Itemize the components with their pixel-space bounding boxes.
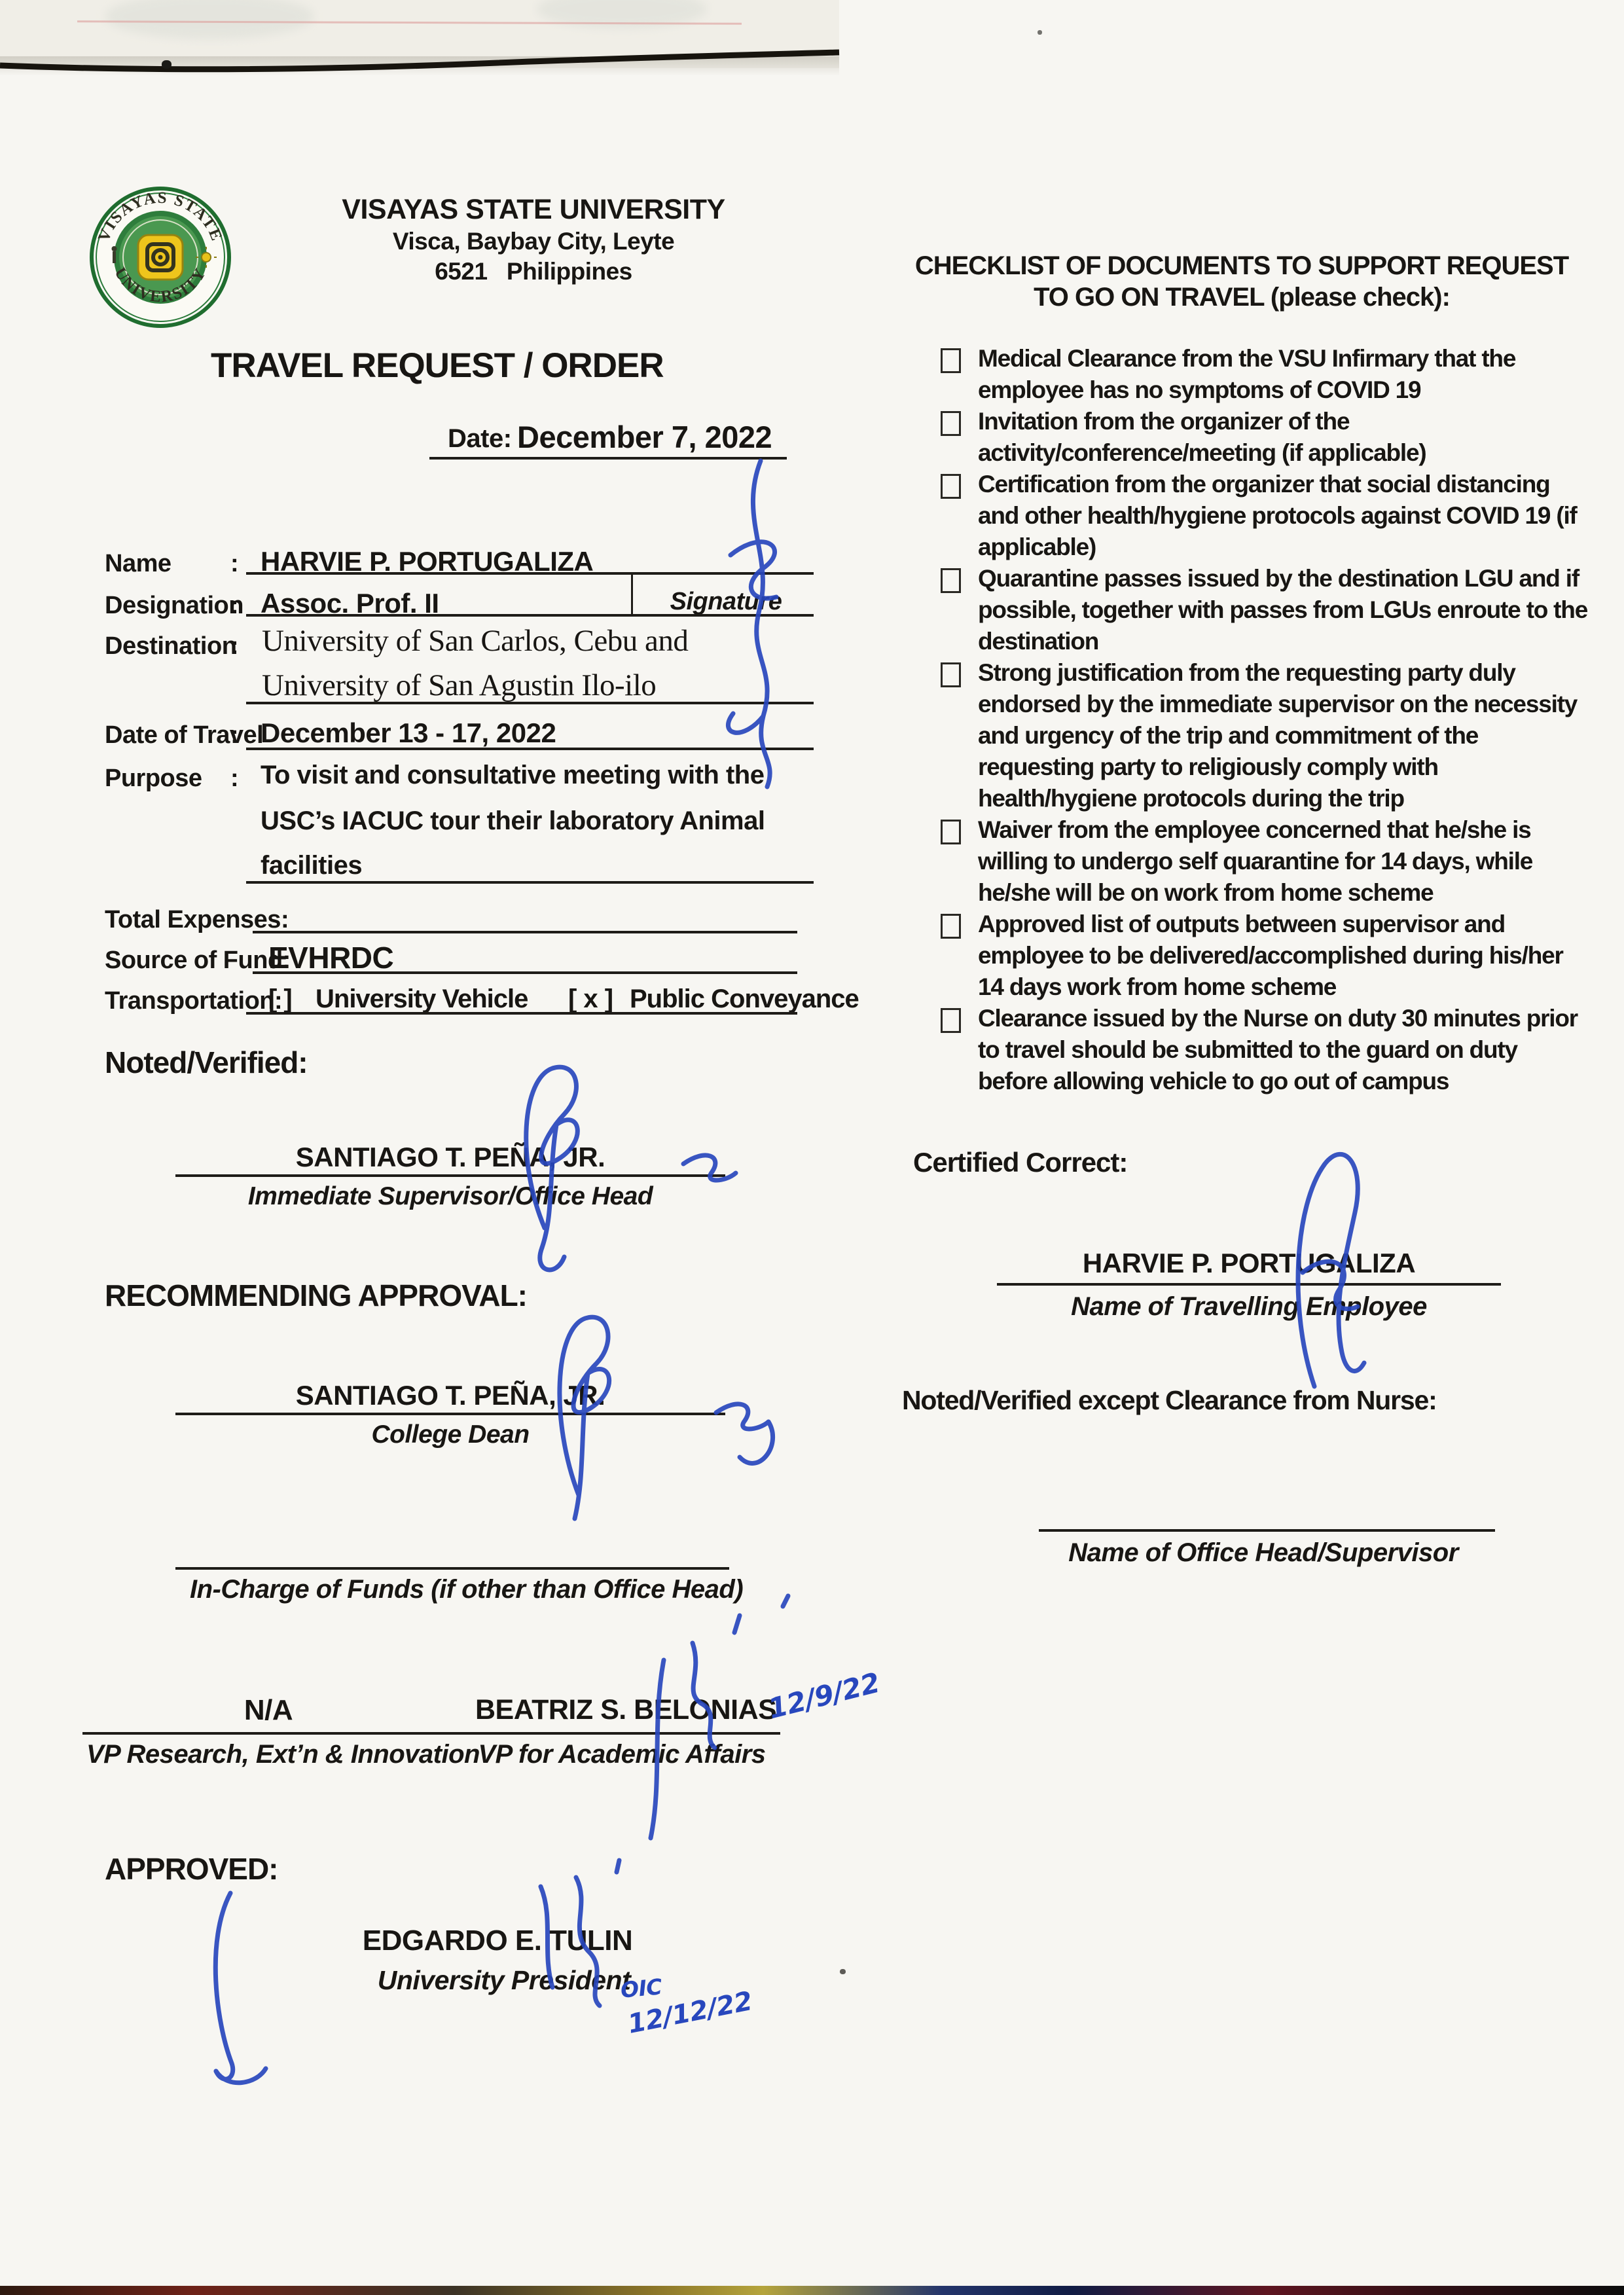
- signature-cell-divider: [631, 572, 633, 615]
- vp-right-title: VP for Academic Affairs: [478, 1740, 766, 1769]
- source-of-fund-label: Source of Fund:: [105, 947, 291, 974]
- vsu-seal-logo: VISAYAS STATE UNIVERSITY: [89, 186, 232, 329]
- designation-colon: :: [230, 592, 238, 620]
- signature-santiago-2: [560, 1317, 773, 1519]
- total-expenses-underline: [253, 931, 797, 933]
- checkbox-icon[interactable]: [941, 348, 961, 373]
- date-of-travel-label: Date of Travel: [105, 721, 263, 749]
- scanned-travel-request-document: { "header": { "university": "VISAYAS STA…: [0, 0, 1624, 2295]
- name-underline: [246, 572, 814, 575]
- university-address: Visca, Baybay City, Leyte: [262, 228, 805, 255]
- certified-correct-name: HARVIE P. PORTUGALIZA: [1046, 1248, 1452, 1279]
- transportation-option2-box[interactable]: [ x ]: [568, 985, 613, 1014]
- checklist-item: Certification from the organizer that so…: [941, 469, 1589, 563]
- bleedthrough-smudge: [105, 0, 314, 39]
- checkbox-icon[interactable]: [941, 1008, 961, 1033]
- signature-label: Signature: [638, 588, 814, 616]
- checkbox-icon[interactable]: [941, 411, 961, 436]
- checklist-item-text: Medical Clearance from the VSU Infirmary…: [978, 343, 1589, 406]
- noted-except-nurse-underline: [1039, 1529, 1495, 1532]
- source-of-fund-underline: [253, 971, 797, 974]
- checklist-item: Waiver from the employee concerned that …: [941, 814, 1589, 909]
- designation-label: Designation: [105, 592, 244, 619]
- recommending-name: SANTIAGO T. PEÑA, JR.: [221, 1380, 679, 1411]
- vp-right-name: BEATRIZ S. BELONIAS: [475, 1694, 770, 1726]
- page-edge-shadow: [0, 56, 839, 76]
- vp-left-title: VP Research, Ext’n & Innovation: [86, 1740, 480, 1769]
- checklist-item: Medical Clearance from the VSU Infirmary…: [941, 343, 1589, 406]
- approved-title: University President: [353, 1965, 655, 1996]
- in-charge-of-funds-title: In-Charge of Funds (if other than Office…: [190, 1575, 713, 1604]
- checklist-item-text: Clearance issued by the Nurse on duty 30…: [978, 1003, 1589, 1097]
- checklist-item: Clearance issued by the Nurse on duty 30…: [941, 1003, 1589, 1097]
- checklist-item-text: Waiver from the employee concerned that …: [978, 814, 1589, 909]
- source-of-fund-value: EVHRDC: [268, 940, 393, 975]
- checklist-item-text: Certification from the organizer that so…: [978, 469, 1589, 563]
- noted-verified-name: SANTIAGO T. PEÑA, JR.: [221, 1142, 679, 1173]
- checklist-heading-line2: TO GO ON TRAVEL (please check):: [914, 283, 1569, 312]
- vp-row-underline: [82, 1732, 780, 1735]
- transportation-option1-label: University Vehicle: [316, 985, 528, 1014]
- vp-left-name: N/A: [190, 1694, 347, 1727]
- name-label: Name: [105, 550, 171, 577]
- purpose-line3: facilities: [261, 851, 362, 880]
- dust-speck: [840, 1969, 846, 1974]
- checklist-item-text: Strong justification from the requesting…: [978, 657, 1589, 814]
- certified-correct-underline: [997, 1283, 1501, 1286]
- transportation-label: Transportation:: [105, 987, 282, 1015]
- in-charge-of-funds-underline: [175, 1567, 729, 1570]
- certified-correct-heading: Certified Correct:: [913, 1147, 1127, 1178]
- designation-underline: [246, 614, 814, 617]
- page-title: TRAVEL REQUEST / ORDER: [211, 346, 664, 386]
- approved-name: EDGARDO E. TULIN: [314, 1925, 681, 1957]
- scanner-bottom-edge: [0, 2286, 1624, 2295]
- checklist-item-text: Approved list of outputs between supervi…: [978, 909, 1589, 1003]
- transportation-underline: [246, 1012, 797, 1015]
- checkbox-icon[interactable]: [941, 568, 961, 593]
- date-of-travel-underline: [246, 748, 814, 750]
- checklist-item: Strong justification from the requesting…: [941, 657, 1589, 814]
- purpose-line2: USC’s IACUC tour their laboratory Animal: [261, 806, 765, 836]
- date-of-travel-value: December 13 - 17, 2022: [261, 717, 556, 749]
- transportation-option2-label: Public Conveyance: [630, 985, 859, 1014]
- noted-except-nurse-heading: Noted/Verified except Clearance from Nur…: [902, 1385, 1437, 1416]
- checklist-heading-line1: CHECKLIST OF DOCUMENTS TO SUPPORT REQUES…: [914, 251, 1569, 281]
- university-postal: 6521 Philippines: [262, 258, 805, 285]
- destination-line2: University of San Agustin Ilo-ilo: [262, 668, 656, 703]
- checkbox-icon[interactable]: [941, 662, 961, 687]
- noted-verified-underline: [175, 1174, 725, 1177]
- dust-speck: [1038, 30, 1042, 35]
- checkbox-icon[interactable]: [941, 820, 961, 844]
- destination-underline: [246, 702, 814, 704]
- checkbox-icon[interactable]: [941, 474, 961, 499]
- signature-employee-top: [728, 461, 776, 787]
- certified-correct-title: Name of Travelling Employee: [1046, 1292, 1452, 1322]
- approved-heading: APPROVED:: [105, 1851, 278, 1887]
- checklist: Medical Clearance from the VSU Infirmary…: [941, 343, 1589, 1097]
- destination-line1: University of San Carlos, Cebu and: [262, 623, 688, 659]
- checklist-item-text: Invitation from the organizer of the act…: [978, 406, 1589, 469]
- date-value: December 7, 2022: [517, 419, 772, 455]
- recommending-underline: [175, 1413, 725, 1415]
- transportation-option1-box[interactable]: [ ]: [268, 985, 292, 1014]
- purpose-colon: :: [230, 765, 238, 793]
- checkbox-icon[interactable]: [941, 914, 961, 939]
- university-name: VISAYAS STATE UNIVERSITY: [262, 194, 805, 226]
- checklist-item: Quarantine passes issued by the destinat…: [941, 563, 1589, 657]
- purpose-underline: [246, 881, 814, 884]
- destination-label: Destination: [105, 632, 236, 660]
- recommending-title: College Dean: [221, 1420, 679, 1449]
- noted-except-nurse-title: Name of Office Head/Supervisor: [1060, 1538, 1466, 1568]
- noted-verified-title: Immediate Supervisor/Office Head: [221, 1182, 679, 1211]
- purpose-line1: To visit and consultative meeting with t…: [261, 761, 764, 790]
- destination-colon: :: [230, 632, 238, 660]
- approved-oic-annotation: OIC: [619, 1974, 662, 2002]
- checklist-item-text: Quarantine passes issued by the destinat…: [978, 563, 1589, 657]
- date-label: Date:: [448, 424, 512, 454]
- noted-verified-heading: Noted/Verified:: [105, 1045, 308, 1080]
- date-underline: [429, 457, 787, 460]
- checklist-item: Approved list of outputs between supervi…: [941, 909, 1589, 1003]
- recommending-approval-heading: RECOMMENDING APPROVAL:: [105, 1278, 527, 1313]
- purpose-label: Purpose: [105, 765, 202, 792]
- dust-speck: [162, 60, 171, 69]
- vp-right-date-annotation: 12/9/22: [765, 1667, 883, 1725]
- total-expenses-label: Total Expenses:: [105, 906, 289, 933]
- date-of-travel-colon: :: [230, 721, 238, 750]
- name-colon: :: [230, 550, 238, 578]
- checklist-item: Invitation from the organizer of the act…: [941, 406, 1589, 469]
